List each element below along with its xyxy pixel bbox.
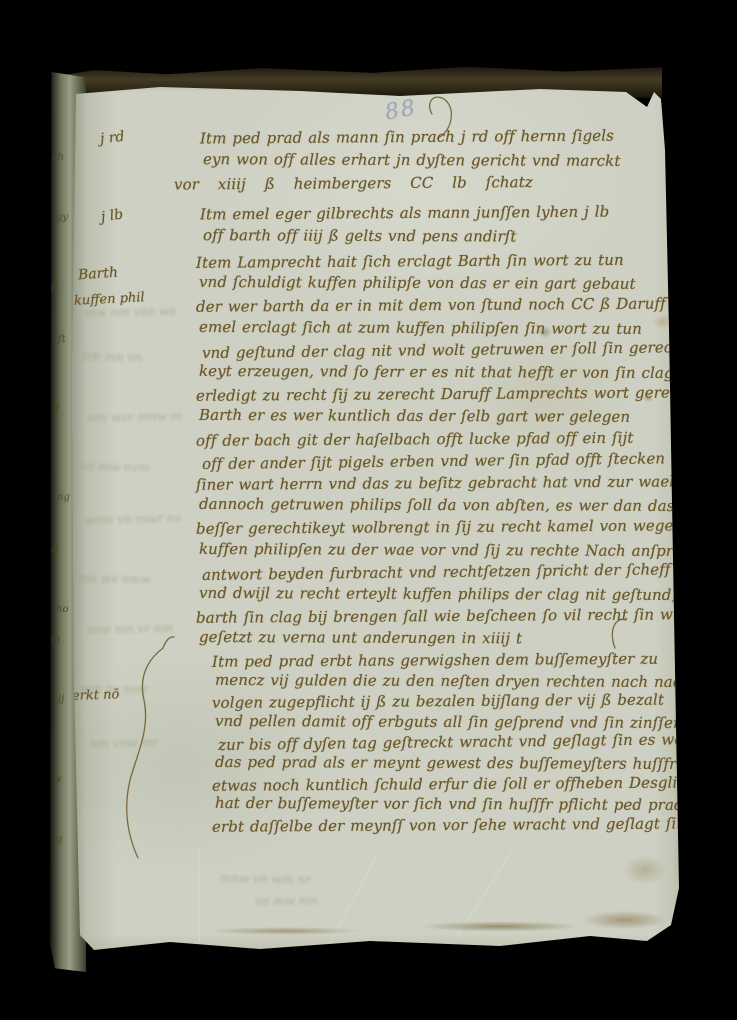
loop-flourish — [430, 97, 452, 138]
ghost-writing: vn mw nvm — [80, 459, 150, 474]
manuscript-photo-stage: chgyßſtbngdhomijwg 88 j rd j lb Barth ku… — [0, 0, 737, 1020]
cut-off-letter-fragment: ij — [58, 694, 64, 705]
ghost-writing: vn mw nm — [255, 893, 318, 908]
cut-off-letter-fragment: d — [52, 544, 58, 555]
corner-stain — [570, 908, 680, 932]
cut-off-letter-fragment: g — [56, 834, 62, 845]
ghost-writing: mw nm vnn ws — [85, 304, 176, 320]
edge-stain — [615, 850, 675, 890]
cut-off-letter-fragment: gy — [56, 212, 68, 223]
cut-off-letter-fragment: ch — [52, 152, 64, 163]
ghost-writing: nm vnw mr — [90, 735, 159, 750]
cut-off-letter-fragment: ho — [56, 604, 68, 615]
ghost-writing: mnw vn wm nr — [220, 871, 311, 887]
ghost-writing: wnm vn mwr nv — [84, 511, 182, 527]
ghost-writing: mn wv nmw — [78, 571, 151, 586]
cut-off-letter-fragment: b — [53, 402, 59, 413]
ghost-writing: ſch mn vn — [82, 349, 142, 364]
cut-off-letter-fragment: ſt — [58, 334, 66, 345]
ghost-writing: wm nv mnr — [80, 681, 149, 696]
end-flourish — [612, 619, 626, 648]
cut-off-letter-fragment: m — [51, 634, 60, 645]
ghost-writing: nm wvr mnw m — [88, 409, 182, 425]
cut-off-letter-fragment: ß — [51, 282, 58, 293]
cut-off-letter-fragment: ng — [57, 492, 70, 503]
manuscript-page: 88 j rd j lb Barth kuffen phil erkt nō I… — [70, 80, 682, 958]
cut-off-letter-fragment: w — [53, 774, 62, 785]
ghost-writing: vnw mn vr nm — [86, 621, 173, 637]
edge-stain — [190, 926, 380, 936]
